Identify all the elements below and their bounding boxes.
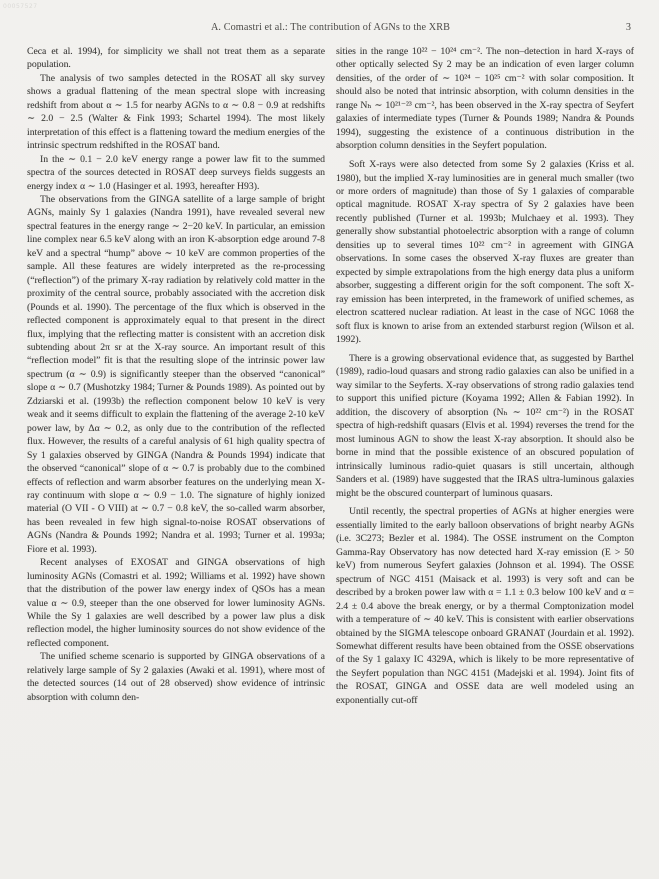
body-paragraph: Until recently, the spectral properties …	[336, 505, 634, 707]
scan-watermark: 00057527	[3, 3, 38, 10]
running-head: A. Comastri et al.: The contribution of …	[27, 22, 634, 33]
body-paragraph: sities in the range 10²² − 10²⁴ cm⁻². Th…	[336, 45, 634, 153]
body-paragraph: The observations from the GINGA satellit…	[27, 193, 325, 556]
body-paragraph: The unified scheme scenario is supported…	[27, 650, 325, 704]
body-paragraph: Soft X-rays were also detected from some…	[336, 158, 634, 346]
page-header: A. Comastri et al.: The contribution of …	[27, 22, 634, 36]
body-paragraph: In the ∼ 0.1 − 2.0 keV energy range a po…	[27, 153, 325, 193]
body-paragraph: The analysis of two samples detected in …	[27, 72, 325, 153]
scanned-paper-page: 00057527 A. Comastri et al.: The contrib…	[0, 0, 659, 879]
right-column: sities in the range 10²² − 10²⁴ cm⁻². Th…	[336, 45, 634, 707]
left-column: Ceca et al. 1994), for simplicity we sha…	[27, 45, 325, 707]
body-paragraph: There is a growing observational evidenc…	[336, 352, 634, 500]
page-number: 3	[626, 22, 631, 33]
two-column-body: Ceca et al. 1994), for simplicity we sha…	[27, 45, 634, 707]
body-paragraph: Ceca et al. 1994), for simplicity we sha…	[27, 45, 325, 72]
body-paragraph: Recent analyses of EXOSAT and GINGA obse…	[27, 556, 325, 650]
